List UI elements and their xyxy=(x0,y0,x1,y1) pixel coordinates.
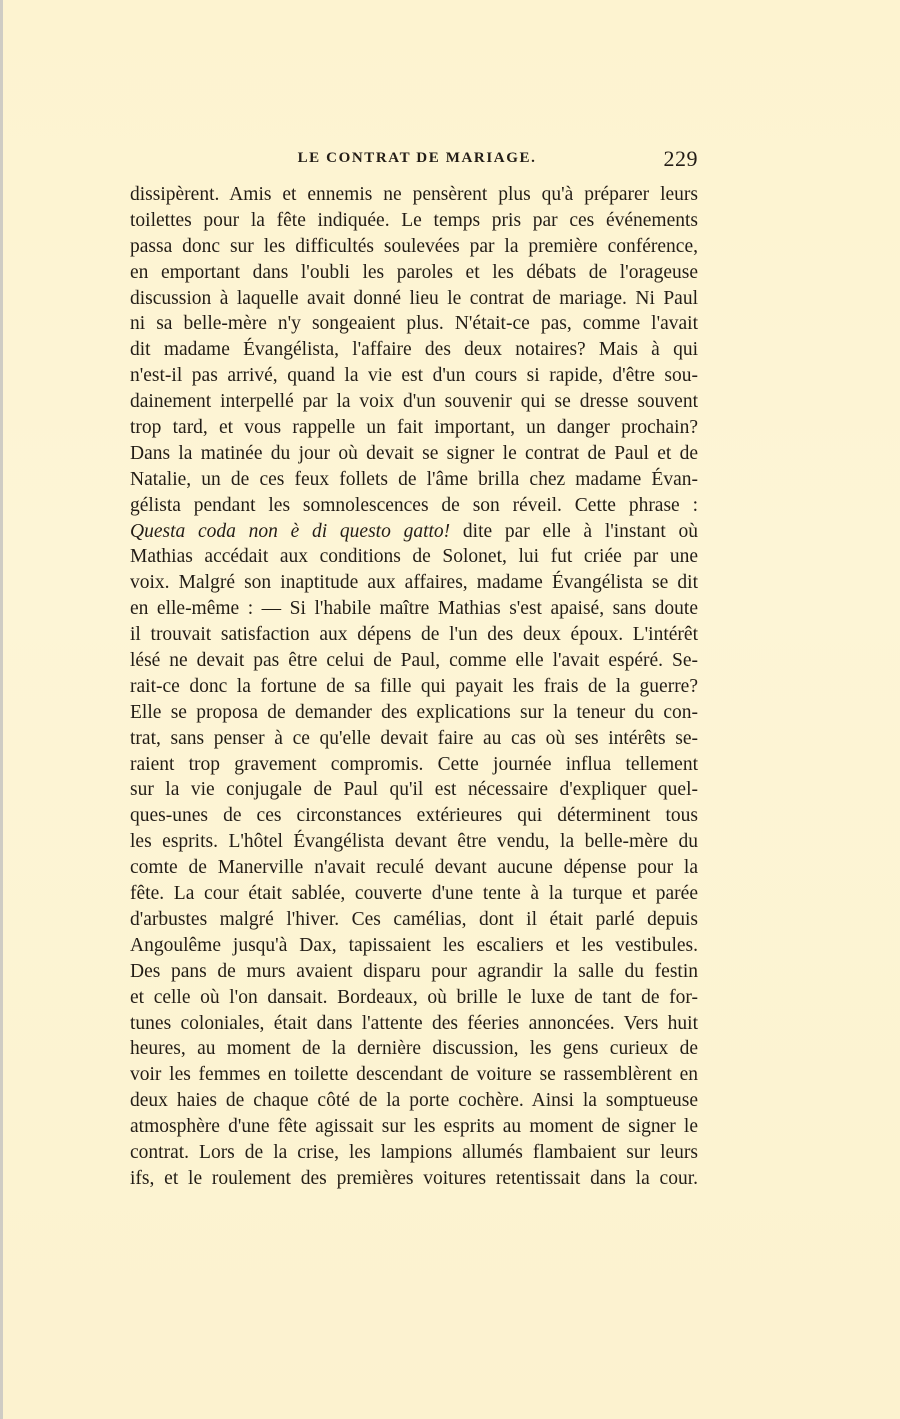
text-line: passa donc sur les difficultés soulevées… xyxy=(130,234,698,260)
text-line: sur la vie conjugale de Paul qu'il est n… xyxy=(130,777,698,803)
text-line: en elle-même : — Si l'habile maître Math… xyxy=(130,596,698,622)
running-title: LE CONTRAT DE MARIAGE. xyxy=(130,150,698,167)
text-line: les esprits. L'hôtel Évangélista devant … xyxy=(130,829,698,855)
text-line: Mathias accédait aux conditions de Solon… xyxy=(130,544,698,570)
text-line: comte de Manerville n'avait reculé devan… xyxy=(130,855,698,881)
text-line: dissipèrent. Amis et ennemis ne pensèren… xyxy=(130,182,698,208)
text-line: Natalie, un de ces feux follets de l'âme… xyxy=(130,467,698,493)
text-line: toilettes pour la fête indiquée. Le temp… xyxy=(130,208,698,234)
book-page: LE CONTRAT DE MARIAGE. 229 dissipèrent. … xyxy=(0,0,900,1419)
text-line: voir les femmes en toilette descendant d… xyxy=(130,1062,698,1088)
text-line: rait-ce donc la fortune de sa fille qui … xyxy=(130,674,698,700)
text-line: Des pans de murs avaient disparu pour ag… xyxy=(130,959,698,985)
running-head: LE CONTRAT DE MARIAGE. 229 xyxy=(130,150,698,176)
text-line: contrat. Lors de la crise, les lampions … xyxy=(130,1140,698,1166)
text-line: Angoulême jusqu'à Dax, tapissaient les e… xyxy=(130,933,698,959)
body-text: dissipèrent. Amis et ennemis ne pensèren… xyxy=(130,182,698,1192)
text-line: il trouvait satisfaction aux dépens de l… xyxy=(130,622,698,648)
text-line: Dans la matinée du jour où devait se sig… xyxy=(130,441,698,467)
text-line: trat, sans penser à ce qu'elle devait fa… xyxy=(130,726,698,752)
text-line: lésé ne devait pas être celui de Paul, c… xyxy=(130,648,698,674)
text-line: fête. La cour était sablée, couverte d'u… xyxy=(130,881,698,907)
page-left-edge xyxy=(0,0,3,1419)
text-line: dit madame Évangélista, l'affaire des de… xyxy=(130,337,698,363)
page-number: 229 xyxy=(664,146,699,172)
text-line: voix. Malgré son inaptitude aux affaires… xyxy=(130,570,698,596)
text-line: heures, au moment de la dernière discuss… xyxy=(130,1036,698,1062)
italian-quote: Questa coda non è di questo gatto! xyxy=(130,521,450,542)
text-line: en emportant dans l'oubli les paroles et… xyxy=(130,260,698,286)
text-line: discussion à laquelle avait donné lieu l… xyxy=(130,286,698,312)
text-line: dainement interpellé par la voix d'un so… xyxy=(130,389,698,415)
text-line: n'est-il pas arrivé, quand la vie est d'… xyxy=(130,363,698,389)
text-line: trop tard, et vous rappelle un fait impo… xyxy=(130,415,698,441)
text-line: ques-unes de ces circonstances extérieur… xyxy=(130,803,698,829)
text-line: et celle où l'on dansait. Bordeaux, où b… xyxy=(130,985,698,1011)
text-line-italic-quote: Questa coda non è di questo gatto! dite … xyxy=(130,519,698,545)
text-line: Elle se proposa de demander des explicat… xyxy=(130,700,698,726)
text-line: d'arbustes malgré l'hiver. Ces camélias,… xyxy=(130,907,698,933)
text-line: raient trop gravement compromis. Cette j… xyxy=(130,752,698,778)
text-line: atmosphère d'une fête agissait sur les e… xyxy=(130,1114,698,1140)
quote-continuation: dite par elle à l'instant où xyxy=(450,521,698,542)
text-line-last: ifs, et le roulement des premières voitu… xyxy=(130,1166,698,1192)
text-line: gélista pendant les somnolescences de so… xyxy=(130,493,698,519)
text-line: tunes coloniales, était dans l'attente d… xyxy=(130,1011,698,1037)
text-line: deux haies de chaque côté de la porte co… xyxy=(130,1088,698,1114)
text-line: ni sa belle-mère n'y songeaient plus. N'… xyxy=(130,311,698,337)
